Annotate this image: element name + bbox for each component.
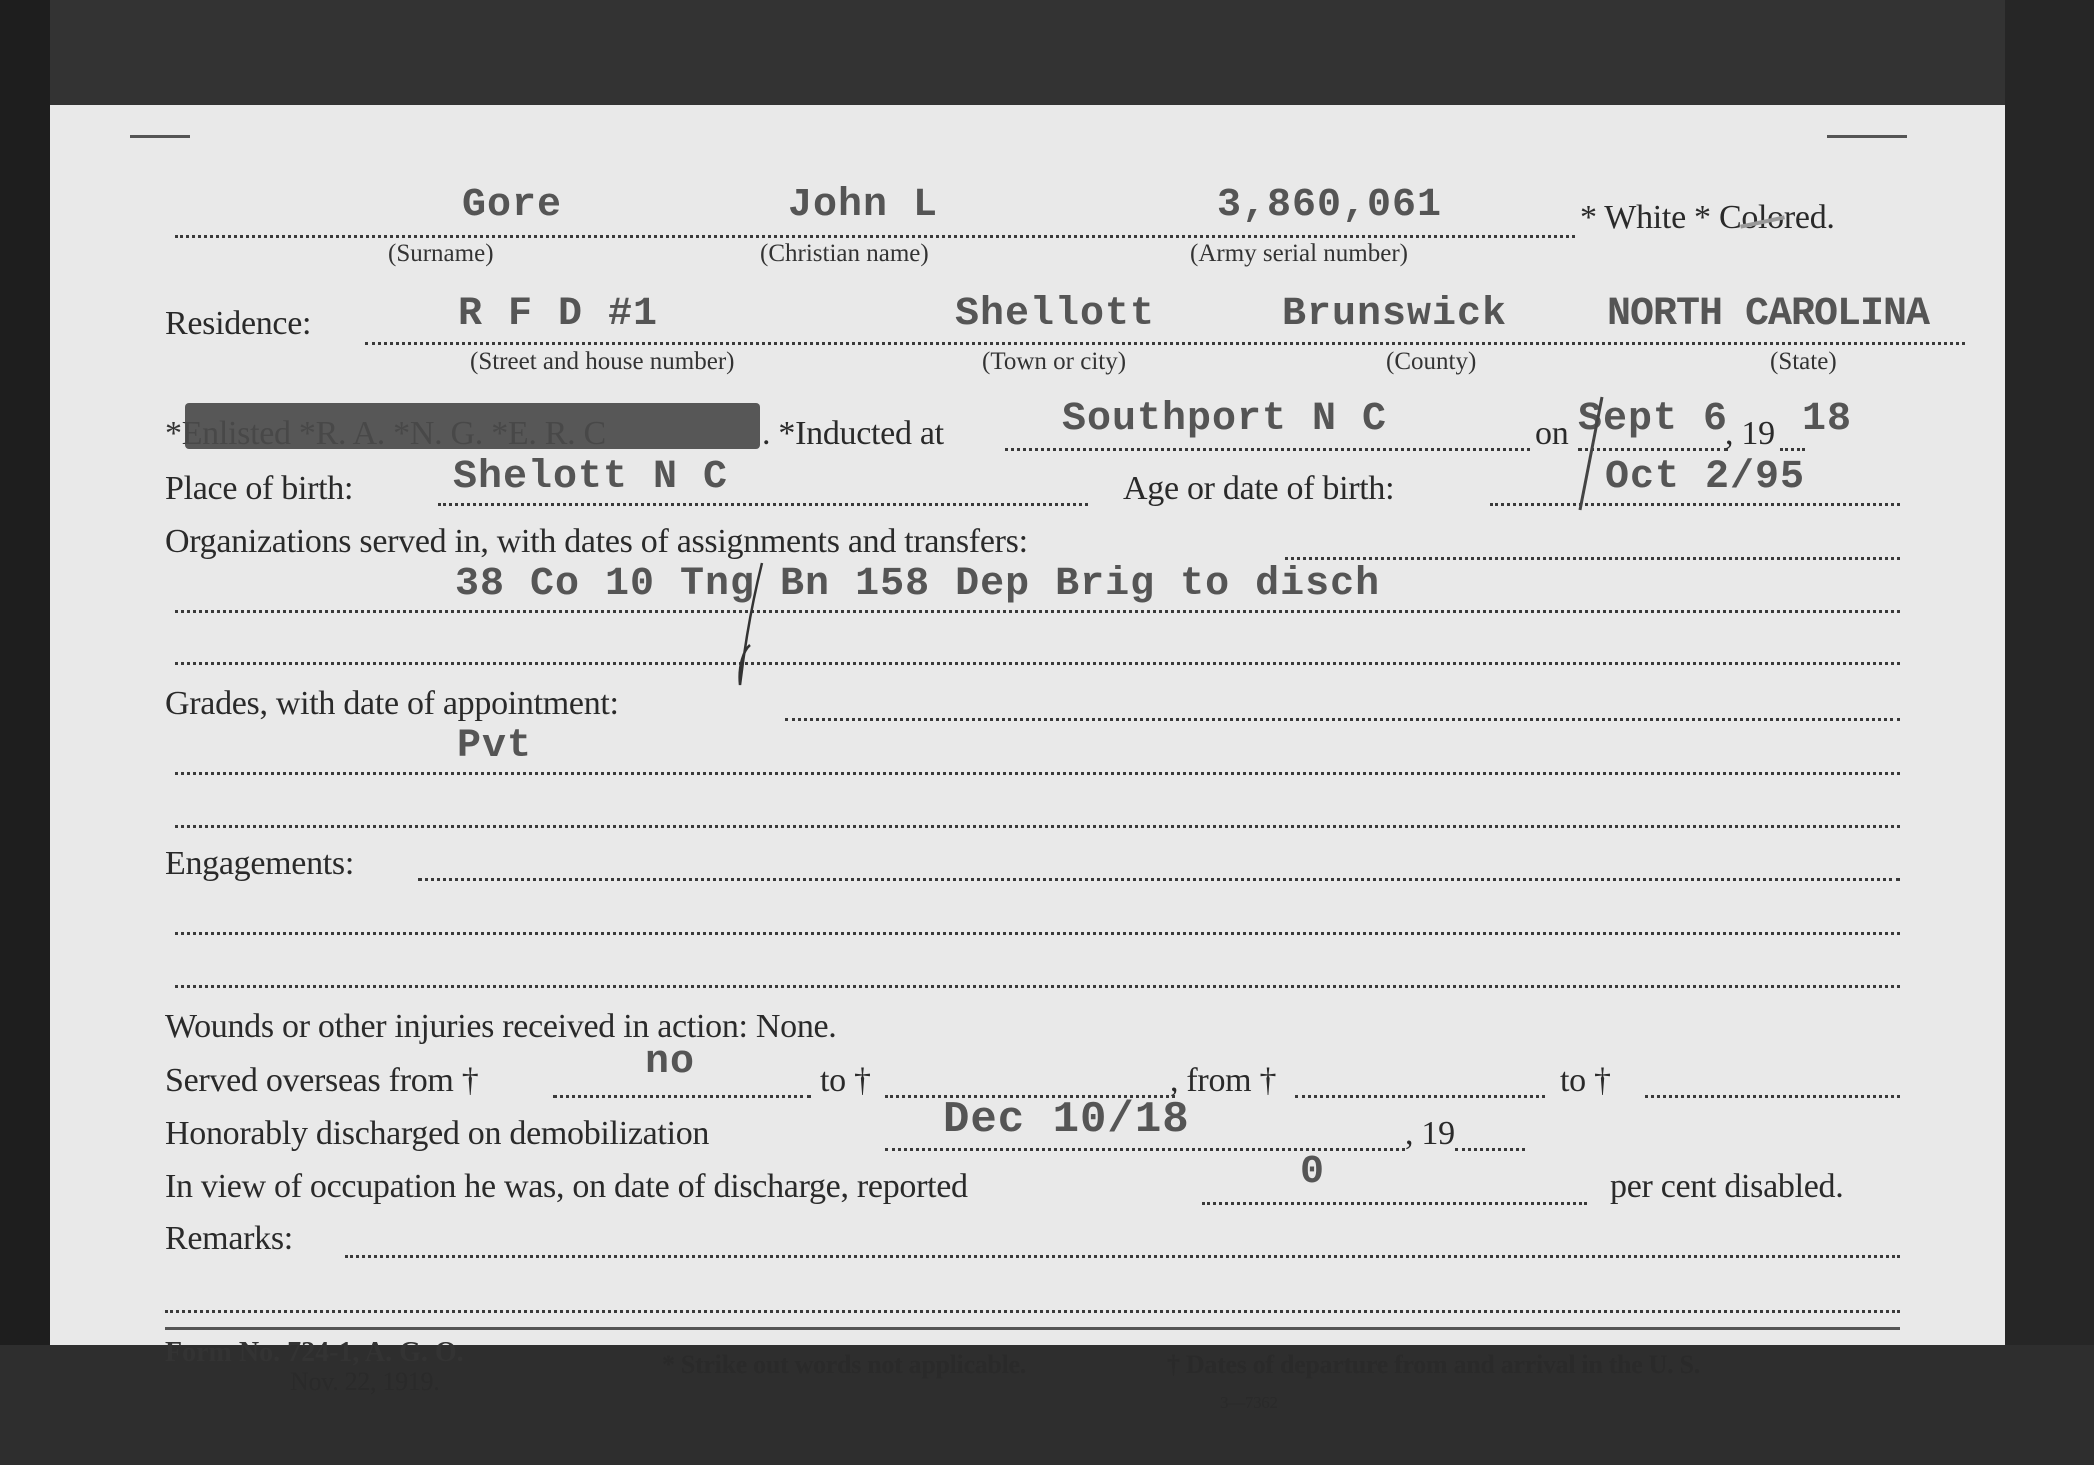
residence-line <box>365 342 1965 345</box>
inducted-at-value: Southport N C <box>1062 397 1387 442</box>
service-record-card: Gore (Surname) John L (Christian name) 3… <box>50 105 2005 1345</box>
induction-year-prefix: , 19 <box>1725 415 1775 453</box>
disability-label: In view of occupation he was, on date of… <box>165 1168 968 1206</box>
dagger-note: † Dates of departure from and arrival in… <box>1167 1350 1700 1380</box>
place-of-birth-value: Shelott N C <box>453 455 728 500</box>
inducted-at-label: . *Inducted at <box>762 415 944 453</box>
race-options: * White * Colored. <box>1580 199 1835 237</box>
discharge-date: Dec 10/18 <box>943 1095 1190 1145</box>
discharge-year-line <box>1455 1148 1525 1151</box>
grades-line-3 <box>175 825 1900 828</box>
remarks-line-2 <box>165 1310 1900 1313</box>
place-of-birth-line <box>438 503 1088 506</box>
inducted-at-line <box>1005 448 1530 451</box>
remarks-line-1 <box>345 1255 1900 1258</box>
place-of-birth-label: Place of birth: <box>165 470 353 508</box>
on-label: on <box>1535 415 1568 453</box>
remarks-label: Remarks: <box>165 1220 293 1258</box>
discharge-label: Honorably discharged on demobilization <box>165 1115 709 1153</box>
overseas-from2-line <box>1295 1095 1545 1098</box>
christian-name-caption: (Christian name) <box>760 240 929 268</box>
town-caption: (Town or city) <box>982 348 1126 376</box>
overseas-from-value: no <box>645 1040 695 1085</box>
overseas-to2-label: to † <box>1560 1062 1611 1100</box>
date-of-birth-value: Oct 2/95 <box>1605 455 1805 500</box>
form-number: Form No. 724-1, A. G. O. <box>165 1337 464 1369</box>
surname-value: Gore <box>462 183 562 228</box>
overseas-from-label: Served overseas from † <box>165 1062 478 1100</box>
discharge-year-label: , 19 <box>1405 1115 1455 1153</box>
residence-label: Residence: <box>165 305 311 343</box>
organizations-value: 38 Co 10 Tng Bn 158 Dep Brig to disch <box>455 562 1380 607</box>
disability-value: 0 <box>1300 1150 1325 1195</box>
discharge-date-line <box>885 1148 1405 1151</box>
overseas-to-label: to † <box>820 1062 871 1100</box>
overseas-to2-line <box>1645 1095 1900 1098</box>
county-caption: (County) <box>1386 348 1476 376</box>
disability-suffix: per cent disabled. <box>1610 1168 1843 1206</box>
redaction-mark <box>185 403 760 449</box>
form-date: Nov. 22, 1919. <box>290 1367 439 1397</box>
army-serial-number: 3,860,061 <box>1217 183 1442 228</box>
age-label: Age or date of birth: <box>1123 470 1394 508</box>
residence-town: Shellott <box>955 292 1155 337</box>
engagements-line-1 <box>418 878 1900 881</box>
residence-county: Brunswick <box>1282 292 1507 337</box>
overseas-from-line <box>553 1095 811 1098</box>
strike-out-note: * Strike out words not applicable. <box>662 1350 1026 1380</box>
residence-state: NORTH CAROLINA <box>1607 292 1929 337</box>
print-code: 3—7362 <box>1220 1393 1278 1413</box>
disability-line <box>1202 1202 1587 1205</box>
induction-year-line <box>1780 448 1805 451</box>
scan-background-right <box>2005 0 2094 1465</box>
engagements-line-2 <box>175 932 1900 935</box>
serial-number-caption: (Army serial number) <box>1190 240 1408 268</box>
residence-street: R F D #1 <box>458 292 658 337</box>
engagements-line-3 <box>175 985 1900 988</box>
organizations-line-2 <box>175 610 1900 613</box>
wounds-label: Wounds or other injuries received in act… <box>165 1008 837 1046</box>
name-row-line <box>175 235 1575 238</box>
date-of-birth-line <box>1490 503 1900 506</box>
scan-background-left <box>0 0 50 1465</box>
organizations-line-1 <box>1285 557 1900 560</box>
induction-year: 18 <box>1802 397 1852 442</box>
christian-name-value: John L <box>788 183 938 228</box>
grades-label: Grades, with date of appointment: <box>165 685 619 723</box>
engagements-label: Engagements: <box>165 845 354 883</box>
corner-mark-left <box>130 135 190 138</box>
footer-divider <box>165 1327 1900 1330</box>
organizations-label: Organizations served in, with dates of a… <box>165 523 1028 561</box>
grades-line-1 <box>785 718 1900 721</box>
grades-line-2 <box>175 772 1900 775</box>
grades-value: Pvt <box>457 724 532 769</box>
surname-caption: (Surname) <box>388 240 494 268</box>
state-caption: (State) <box>1770 348 1837 376</box>
street-caption: (Street and house number) <box>470 348 735 376</box>
scan-background-top <box>50 0 2005 105</box>
handwritten-correction-mark <box>732 555 772 695</box>
organizations-line-3 <box>175 662 1900 665</box>
pen-mark-stroke <box>1570 395 1610 515</box>
corner-mark-right <box>1827 135 1907 138</box>
